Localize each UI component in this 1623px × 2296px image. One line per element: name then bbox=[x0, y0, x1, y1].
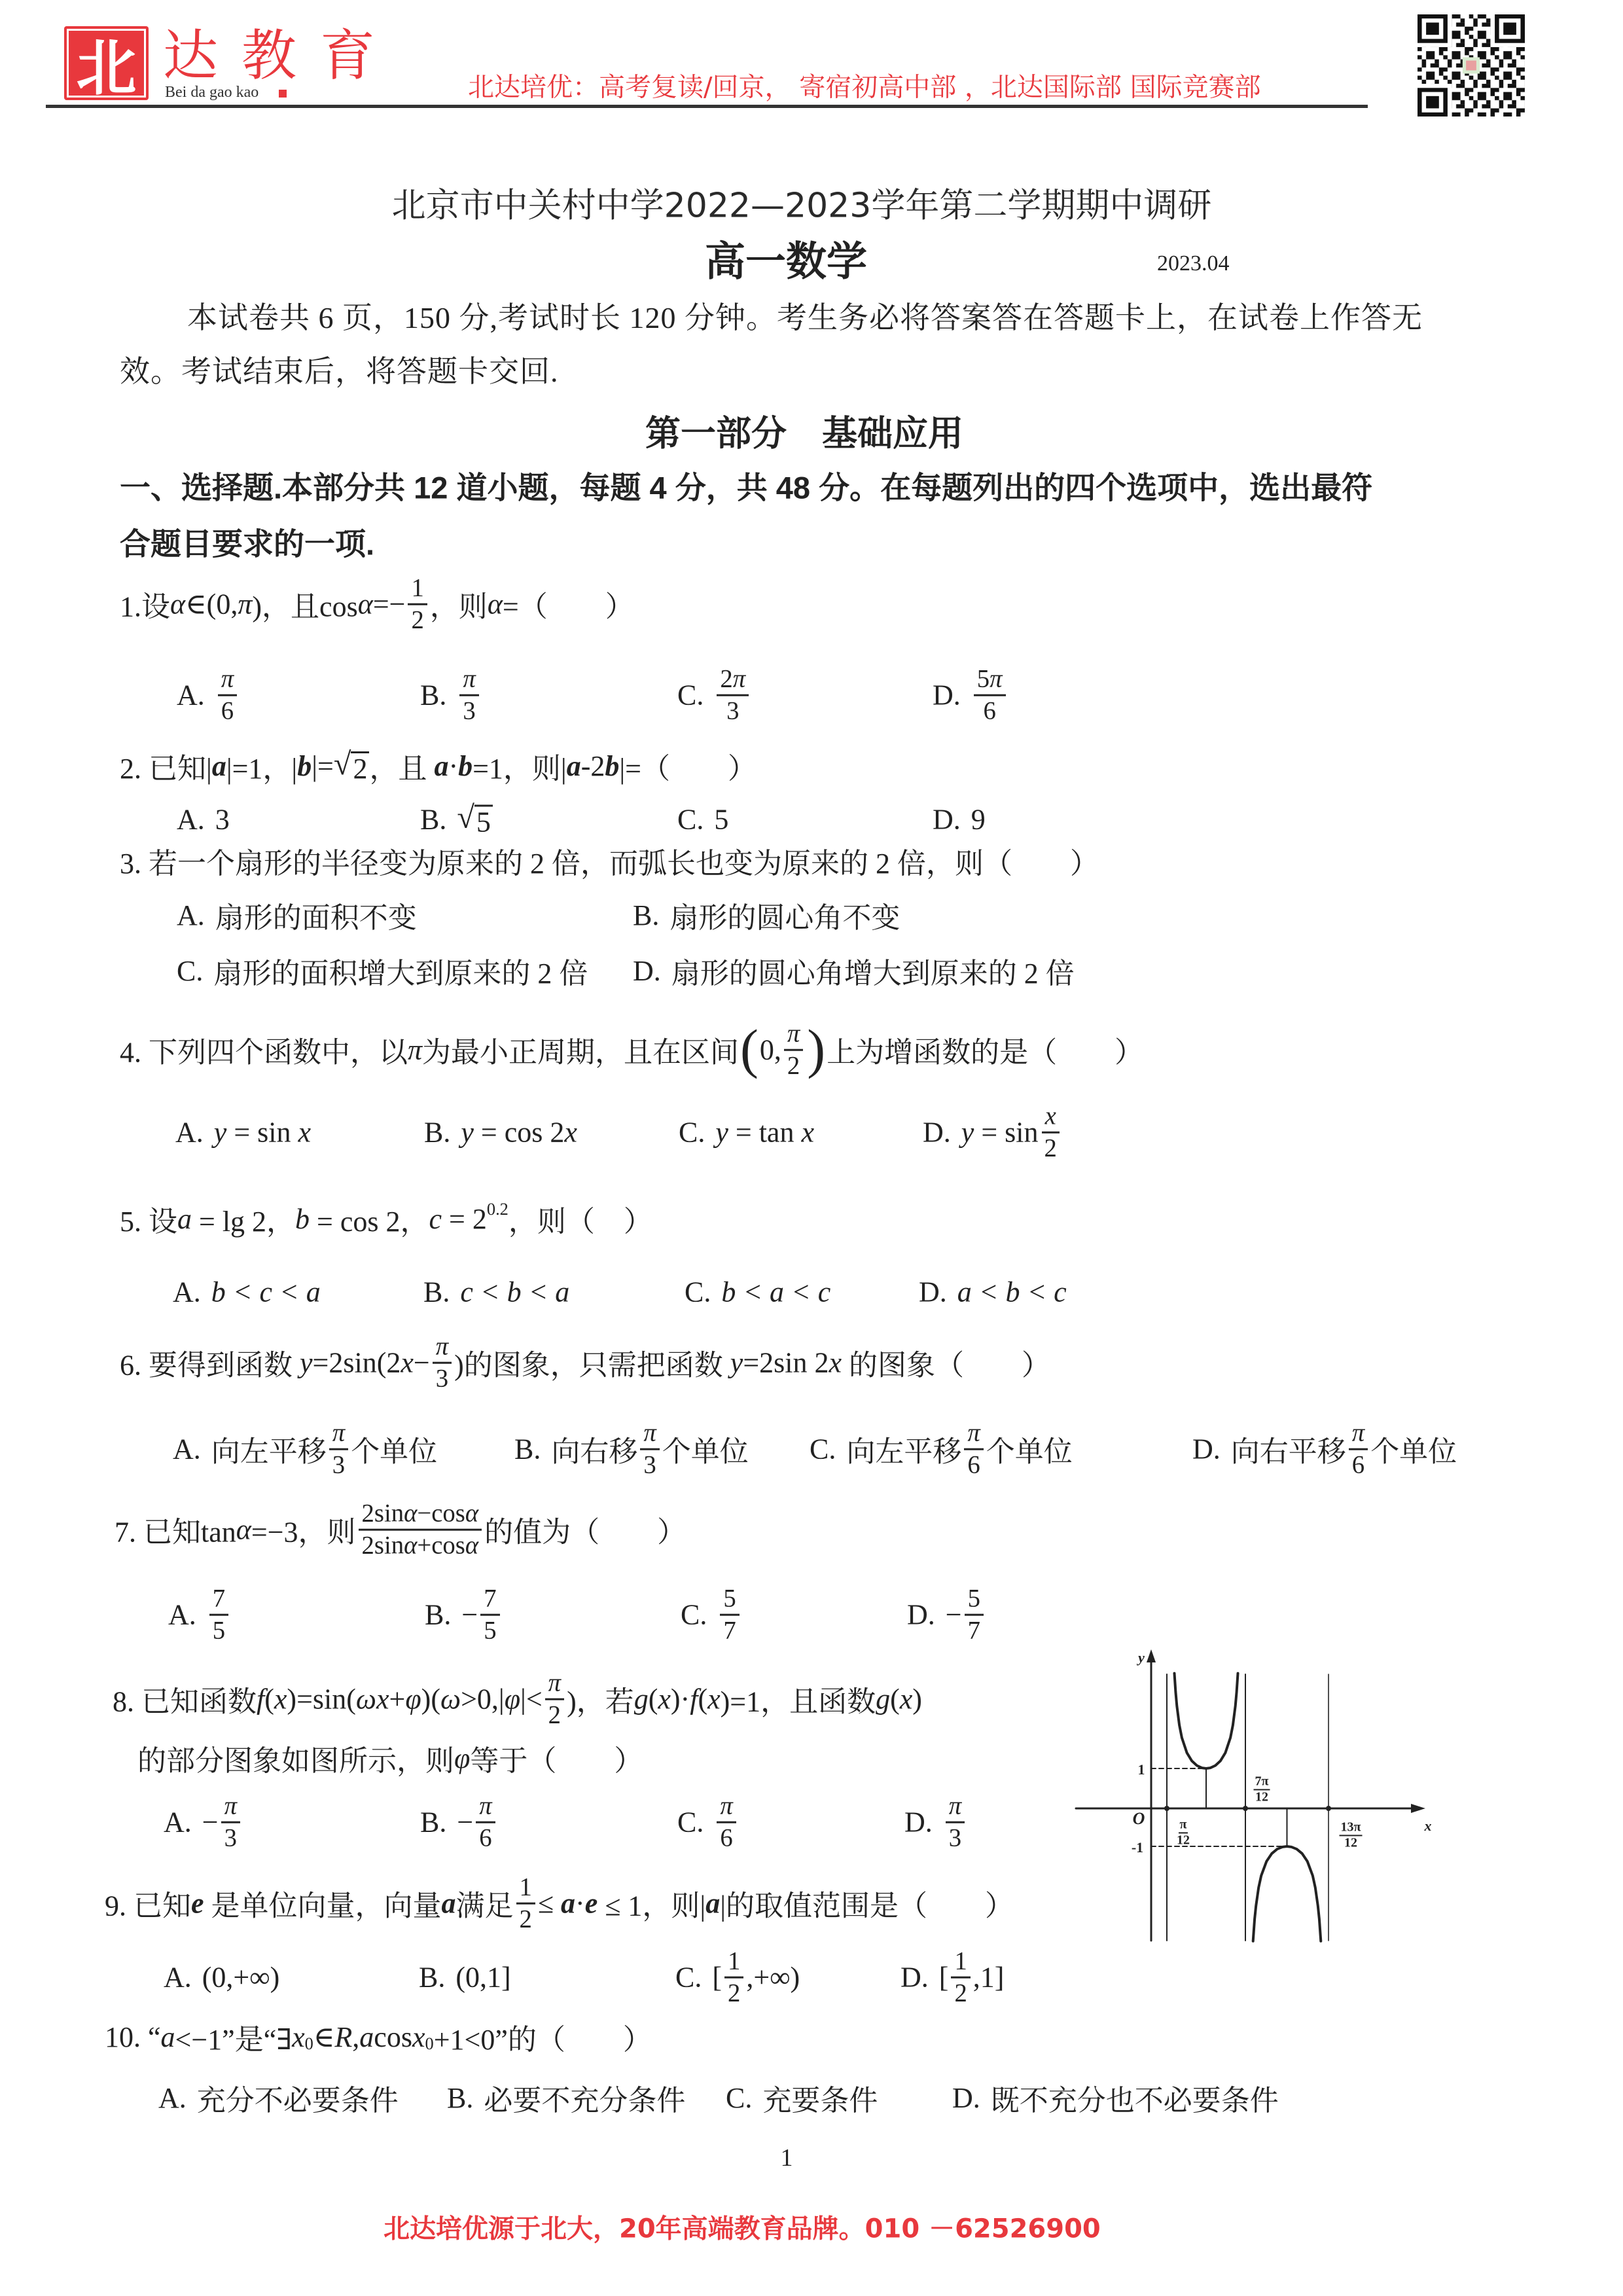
vector-symbol: b bbox=[297, 749, 312, 783]
fraction-denominator: 7 bbox=[720, 1616, 739, 1645]
option-content: 5 bbox=[714, 803, 728, 836]
fraction-denominator: 3 bbox=[221, 1823, 240, 1852]
option-label: C. bbox=[685, 1276, 711, 1309]
fraction-numerator: 5 bbox=[720, 1585, 739, 1616]
x-tick-pi-over-12: π12 bbox=[1173, 1815, 1194, 1847]
option-content: 向左平移π3个单位 bbox=[211, 1420, 437, 1479]
question-2-option-b: B.√5 bbox=[420, 802, 493, 837]
fraction: 12 bbox=[516, 1874, 535, 1933]
option-content: −75 bbox=[461, 1585, 502, 1645]
math-symbol: π bbox=[479, 1793, 491, 1820]
fraction: π3 bbox=[946, 1793, 965, 1852]
math-symbol: π bbox=[1352, 1420, 1364, 1447]
question-6-stem: 6. 要得到函数 y=2sin(2x−π3)的图象，只需把函数 y=2sin 2… bbox=[120, 1333, 1050, 1393]
option-label: D. bbox=[901, 1961, 929, 1994]
vector-symbol: a bbox=[567, 749, 581, 783]
math-symbol: π bbox=[949, 1793, 961, 1820]
y-tick-1: 1 bbox=[1138, 1761, 1145, 1778]
math-symbol: y bbox=[214, 1116, 227, 1149]
option-content: 扇形的圆心角增大到原来的 2 倍 bbox=[671, 950, 1075, 992]
fraction: 7π12 bbox=[1254, 1774, 1270, 1804]
math-symbol: ω bbox=[440, 1683, 461, 1716]
option-content: y = sinx2 bbox=[961, 1103, 1063, 1162]
radical-sign: √ bbox=[457, 802, 474, 837]
option-label: C. bbox=[677, 679, 704, 712]
option-content: y = sin x bbox=[214, 1116, 311, 1149]
math-symbol: x bbox=[658, 1683, 671, 1716]
math-symbol: φ bbox=[405, 1683, 421, 1716]
fraction-numerator: 5π bbox=[974, 666, 1006, 696]
option-content: (0,1] bbox=[455, 1961, 510, 1994]
fraction-numerator: 1 bbox=[951, 1948, 970, 1979]
question-6-option-a: A.向左平移π3个单位 bbox=[173, 1420, 437, 1479]
question-5-option-d: D.a < b < c bbox=[919, 1276, 1067, 1309]
fraction-denominator: 2 bbox=[724, 1979, 743, 2007]
option-label: C. bbox=[810, 1433, 836, 1466]
question-stem-text: 的部分图象如图所示，则φ等于（ ） bbox=[137, 1737, 643, 1779]
option-content: y = tan x bbox=[715, 1116, 814, 1149]
option-label: A. bbox=[158, 2081, 187, 2115]
question-10-stem: 10. “a<−1”是“∃x0∈R,acosx0+1<0”的（ ） bbox=[105, 2016, 652, 2058]
option-content: 扇形的面积不变 bbox=[215, 894, 417, 936]
question-4-option-a: A.y = sin x bbox=[175, 1116, 311, 1149]
option-label: A. bbox=[177, 679, 205, 712]
math-symbol: x bbox=[801, 1116, 814, 1149]
math-symbol: α bbox=[404, 1500, 417, 1528]
fraction-numerator: π bbox=[459, 666, 478, 696]
option-content: 2π3 bbox=[714, 666, 751, 725]
question-8-option-d: D.π3 bbox=[904, 1793, 967, 1852]
large-bracket: ( bbox=[740, 1022, 758, 1077]
math-symbol: f bbox=[257, 1683, 264, 1716]
subscript: 0 bbox=[425, 2034, 433, 2054]
fraction: π3 bbox=[459, 666, 478, 725]
option-content: 向右移π3个单位 bbox=[551, 1420, 748, 1479]
fraction-numerator: π bbox=[946, 1793, 965, 1823]
option-content: −π3 bbox=[202, 1793, 243, 1852]
option-label: D. bbox=[904, 1806, 933, 1839]
fraction-numerator: 7 bbox=[480, 1585, 499, 1616]
question-4-option-d: D.y = sinx2 bbox=[923, 1103, 1063, 1162]
question-4-option-c: C.y = tan x bbox=[679, 1116, 814, 1149]
fraction: 57 bbox=[720, 1585, 739, 1645]
option-content: 57 bbox=[717, 1585, 741, 1645]
option-content: √5 bbox=[457, 802, 493, 837]
option-label: D. bbox=[933, 679, 961, 712]
question-5-option-a: A.b < c < a bbox=[173, 1276, 321, 1309]
fraction-numerator: 2π bbox=[717, 666, 749, 696]
option-label: A. bbox=[164, 1806, 192, 1839]
math-symbol: π bbox=[332, 1420, 345, 1447]
vector-symbol: a bbox=[561, 1887, 575, 1920]
option-label: C. bbox=[726, 2081, 752, 2115]
question-stem-text: 1.设α∈(0,π)，且cosα=−12，则α=（ ） bbox=[120, 575, 634, 634]
question-10-option-d: D.既不充分也不必要条件 bbox=[952, 2077, 1279, 2119]
option-label: B. bbox=[423, 1276, 450, 1309]
x-tick-13pi-over-12: 13π12 bbox=[1337, 1818, 1365, 1850]
question-9-option-b: B.(0,1] bbox=[419, 1961, 511, 1994]
fraction: 75 bbox=[209, 1585, 228, 1645]
option-label: B. bbox=[420, 1806, 446, 1839]
math-symbol: π bbox=[224, 1793, 237, 1820]
math-symbol: α bbox=[404, 1532, 417, 1560]
option-label: D. bbox=[633, 954, 661, 988]
fraction-numerator: 1 bbox=[516, 1874, 535, 1905]
option-label: C. bbox=[679, 1116, 705, 1149]
math-symbol: x bbox=[401, 1346, 414, 1380]
fraction-numerator: π bbox=[433, 1333, 452, 1364]
question-10-option-a: A.充分不必要条件 bbox=[158, 2077, 399, 2119]
question-8-stem: 8. 已知函数f(x)=sin(ωx+φ)(ω>0,|φ|<π2)，若g(x)·… bbox=[113, 1670, 922, 1729]
option-label: A. bbox=[173, 1276, 201, 1309]
option-label: B. bbox=[420, 679, 446, 712]
math-symbol: π bbox=[990, 666, 1002, 693]
fraction-numerator: 7π bbox=[1254, 1774, 1270, 1790]
option-label: A. bbox=[168, 1598, 196, 1632]
question-1-stem: 1.设α∈(0,π)，且cosα=−12，则α=（ ） bbox=[120, 575, 634, 634]
fraction-denominator: 3 bbox=[329, 1450, 348, 1479]
math-symbol: x bbox=[274, 1683, 287, 1716]
vector-symbol: e bbox=[585, 1887, 598, 1920]
fraction-denominator: 3 bbox=[640, 1450, 659, 1479]
option-label: B. bbox=[514, 1433, 541, 1466]
fraction: π6 bbox=[964, 1420, 983, 1479]
fraction-numerator: π bbox=[964, 1420, 983, 1450]
question-1-option-d: D.5π6 bbox=[933, 666, 1008, 725]
math-symbol: x bbox=[564, 1116, 577, 1149]
logo-mark: 北 bbox=[64, 26, 149, 100]
math-symbol: x bbox=[900, 1683, 913, 1716]
question-9-stem: 9. 已知e 是单位向量，向量a满足12≤ a·e ≤ 1，则|a|的取值范围是… bbox=[105, 1874, 1014, 1933]
question-8-figure: y x O 1 -1 π12 7π12 13π12 bbox=[1073, 1636, 1466, 1977]
fraction: 12 bbox=[724, 1948, 743, 2007]
radical-sign: √ bbox=[334, 749, 351, 783]
question-1-option-c: C.2π3 bbox=[677, 666, 751, 725]
fraction-denominator: 2 bbox=[516, 1905, 535, 1933]
fraction-numerator: π bbox=[717, 1793, 736, 1823]
option-label: B. bbox=[425, 1598, 451, 1632]
math-symbol: π bbox=[463, 666, 475, 693]
option-label: C. bbox=[177, 954, 203, 988]
question-3-option-c: C.扇形的面积增大到原来的 2 倍 bbox=[177, 950, 588, 992]
math-symbol: π bbox=[733, 666, 745, 693]
question-stem-text: 4. 下列四个函数中，以π为最小正周期，且在区间(0,π2)上为增函数的是（ ） bbox=[120, 1020, 1143, 1080]
fraction-numerator: π bbox=[476, 1793, 495, 1823]
x-tick-7pi-over-12: 7π12 bbox=[1251, 1772, 1273, 1804]
option-label: C. bbox=[677, 1806, 704, 1839]
option-label: D. bbox=[933, 803, 961, 836]
question-3-option-b: B.扇形的圆心角不变 bbox=[633, 894, 900, 936]
option-content: c < b < a bbox=[460, 1276, 569, 1309]
fraction: 57 bbox=[965, 1585, 984, 1645]
math-symbol: x bbox=[298, 1116, 311, 1149]
option-label: A. bbox=[177, 803, 205, 836]
question-7-option-d: D.−57 bbox=[907, 1585, 986, 1645]
exam-subject: 高一数学 bbox=[705, 229, 867, 287]
question-stem-text: 7. 已知tanα=−3，则2sinα−cosα2sinα+cosα的值为（ ） bbox=[115, 1500, 686, 1560]
section-intro-line-2: 合题目要求的一项. bbox=[120, 520, 374, 564]
question-1-option-a: A.π6 bbox=[177, 666, 240, 725]
fraction: π12 bbox=[1175, 1818, 1191, 1847]
math-symbol: a bbox=[161, 2020, 175, 2054]
option-content: π3 bbox=[943, 1793, 967, 1852]
math-symbol: x bbox=[412, 2020, 425, 2054]
radicand: 5 bbox=[474, 805, 493, 837]
fraction: 75 bbox=[480, 1585, 499, 1645]
fraction-numerator: 7 bbox=[209, 1585, 228, 1616]
question-8-option-a: A.−π3 bbox=[164, 1793, 243, 1852]
footer-slogan: 北达培优源于北大，20年高端教育品牌。010 －62526900 bbox=[383, 2208, 1101, 2246]
math-symbol: y bbox=[461, 1116, 474, 1149]
math-symbol: α bbox=[358, 588, 373, 621]
option-label: B. bbox=[419, 1961, 445, 1994]
vector-symbol: e bbox=[191, 1887, 204, 1920]
question-1-option-b: B.π3 bbox=[420, 666, 482, 725]
question-7-option-a: A.75 bbox=[168, 1585, 231, 1645]
fraction-denominator: 2 bbox=[951, 1979, 970, 2007]
option-label: B. bbox=[420, 803, 446, 836]
math-symbol: π bbox=[787, 1020, 800, 1048]
fraction-denominator: 6 bbox=[476, 1823, 495, 1852]
fraction-denominator: 2 bbox=[408, 605, 427, 634]
fraction-numerator: 1 bbox=[724, 1948, 743, 1979]
vector-symbol: a bbox=[442, 1887, 456, 1920]
question-7-option-b: B.−75 bbox=[425, 1585, 503, 1645]
question-8-stem-line-2: 的部分图象如图所示，则φ等于（ ） bbox=[137, 1737, 643, 1779]
math-symbol: y bbox=[715, 1116, 728, 1149]
option-label: D. bbox=[907, 1598, 935, 1632]
question-10-option-b: B.必要不充分条件 bbox=[447, 2077, 685, 2119]
math-symbol: π bbox=[720, 1793, 732, 1820]
fraction: x2 bbox=[1041, 1103, 1060, 1162]
fraction-numerator: π bbox=[1349, 1420, 1368, 1450]
fraction: π3 bbox=[329, 1420, 348, 1479]
fraction: π6 bbox=[476, 1793, 495, 1852]
fraction-denominator: 3 bbox=[946, 1823, 965, 1852]
fraction-denominator: 6 bbox=[964, 1450, 983, 1479]
instructions-line-1: 本试卷共 6 页，150 分,考试时长 120 分钟。考生务必将答案答在答题卡上… bbox=[187, 294, 1423, 337]
fraction-denominator: 2sinα+cosα bbox=[359, 1531, 482, 1560]
vector-symbol: b bbox=[458, 749, 473, 783]
math-symbol: a < b < c bbox=[957, 1276, 1067, 1309]
logo-square-icon bbox=[279, 90, 287, 98]
math-symbol: α bbox=[236, 1513, 251, 1547]
fraction-numerator: π bbox=[545, 1670, 564, 1700]
math-symbol: π bbox=[548, 1670, 561, 1697]
option-content: π6 bbox=[714, 1793, 738, 1852]
math-symbol: y bbox=[961, 1116, 974, 1149]
fraction-numerator: π bbox=[784, 1020, 803, 1051]
option-label: D. bbox=[952, 2081, 980, 2115]
question-stem-text: 6. 要得到函数 y=2sin(2x−π3)的图象，只需把函数 y=2sin 2… bbox=[120, 1333, 1050, 1393]
fraction-numerator: 2sinα−cosα bbox=[359, 1500, 482, 1531]
fraction-denominator: 5 bbox=[209, 1616, 228, 1645]
option-label: A. bbox=[173, 1433, 201, 1466]
option-label: D. bbox=[1192, 1433, 1221, 1466]
fraction-denominator: 2 bbox=[784, 1051, 803, 1080]
math-symbol: f bbox=[690, 1683, 698, 1716]
fraction-denominator: 12 bbox=[1175, 1833, 1191, 1848]
vector-symbol: a bbox=[705, 1887, 720, 1920]
math-symbol: π bbox=[643, 1420, 656, 1447]
option-content: π6 bbox=[215, 666, 240, 725]
math-symbol: π bbox=[408, 1033, 422, 1067]
math-symbol: π bbox=[436, 1333, 448, 1361]
fraction: 12 bbox=[951, 1948, 970, 2007]
math-symbol: b < c < a bbox=[211, 1276, 321, 1309]
tick-label: π12 bbox=[1173, 1818, 1194, 1847]
math-symbol: c bbox=[429, 1202, 442, 1236]
option-content: 必要不充分条件 bbox=[484, 2077, 685, 2119]
math-symbol: φ bbox=[454, 1742, 470, 1775]
option-label: C. bbox=[681, 1598, 707, 1632]
fraction: π3 bbox=[433, 1333, 452, 1393]
question-2-option-c: C.5 bbox=[677, 803, 728, 836]
fraction-numerator: 1 bbox=[408, 575, 427, 605]
option-content: 扇形的圆心角不变 bbox=[669, 894, 900, 936]
math-symbol: π bbox=[238, 588, 252, 621]
question-8-option-c: C.π6 bbox=[677, 1793, 739, 1852]
question-2-stem: 2. 已知|a|=1，|b|=√2，且 a·b=1，则|a-2b|=（ ） bbox=[120, 745, 757, 787]
math-symbol: a bbox=[359, 2020, 374, 2054]
option-label: A. bbox=[164, 1961, 192, 1994]
option-content: 既不充分也不必要条件 bbox=[991, 2077, 1279, 2119]
question-4-option-b: B.y = cos 2x bbox=[424, 1116, 577, 1149]
option-content: b < a < c bbox=[721, 1276, 830, 1309]
exam-title: 北京市中关村中学2022—2023学年第二学期期中调研 bbox=[392, 178, 1212, 227]
vector-symbol: a bbox=[434, 749, 448, 783]
math-symbol: y bbox=[300, 1346, 313, 1380]
math-symbol: y bbox=[730, 1346, 743, 1380]
page-number: 1 bbox=[781, 2144, 793, 2172]
question-2-option-a: A.3 bbox=[177, 803, 230, 836]
question-7-stem: 7. 已知tanα=−3，则2sinα−cosα2sinα+cosα的值为（ ） bbox=[115, 1500, 686, 1560]
y-tick-minus-1: -1 bbox=[1132, 1839, 1143, 1856]
question-6-option-d: D.向右平移π6个单位 bbox=[1192, 1420, 1457, 1479]
fraction-denominator: 6 bbox=[1349, 1450, 1368, 1479]
math-symbol: α bbox=[170, 588, 185, 621]
tick-label: 7π12 bbox=[1251, 1774, 1273, 1804]
instructions-line-2: 效。考试结束后，将答题卡交回. bbox=[120, 348, 559, 391]
math-symbol: g bbox=[876, 1683, 890, 1716]
fraction-numerator: π bbox=[1179, 1818, 1188, 1833]
question-9-option-c: C.[12,+∞) bbox=[675, 1948, 800, 2007]
large-bracket: ) bbox=[807, 1022, 825, 1077]
math-symbol: x bbox=[829, 1346, 842, 1380]
question-stem-text: 10. “a<−1”是“∃x0∈R,acosx0+1<0”的（ ） bbox=[105, 2016, 652, 2058]
option-content: (0,+∞) bbox=[202, 1961, 280, 1994]
math-symbol: R bbox=[334, 2020, 352, 2054]
question-stem-text: 8. 已知函数f(x)=sin(ωx+φ)(ω>0,|φ|<π2)，若g(x)·… bbox=[113, 1670, 922, 1729]
qr-code-icon bbox=[1418, 14, 1525, 117]
math-symbol: φ bbox=[505, 1683, 520, 1716]
fraction-denominator: 5 bbox=[480, 1616, 499, 1645]
question-6-option-c: C.向左平移π6个单位 bbox=[810, 1420, 1073, 1479]
question-10-option-c: C.充要条件 bbox=[726, 2077, 878, 2119]
fraction-denominator: 3 bbox=[723, 696, 742, 725]
tick-label: 13π12 bbox=[1337, 1820, 1365, 1850]
question-stem-text: 3. 若一个扇形的半径变为原来的 2 倍，而弧长也变为原来的 2 倍，则（ ） bbox=[120, 840, 1099, 882]
vector-symbol: a bbox=[212, 749, 226, 783]
question-2-option-d: D.9 bbox=[933, 803, 986, 836]
fraction-denominator: 12 bbox=[1254, 1790, 1270, 1804]
fraction-numerator: 13π bbox=[1340, 1820, 1363, 1836]
fraction: π6 bbox=[1349, 1420, 1368, 1479]
fraction-numerator: π bbox=[221, 1793, 240, 1823]
option-content: −57 bbox=[946, 1585, 986, 1645]
fraction: π6 bbox=[717, 1793, 736, 1852]
math-symbol: ωx bbox=[356, 1683, 389, 1716]
question-4-stem: 4. 下列四个函数中，以π为最小正周期，且在区间(0,π2)上为增函数的是（ ） bbox=[120, 1020, 1143, 1080]
question-9-option-a: A.(0,+∞) bbox=[164, 1961, 279, 1994]
fraction: π2 bbox=[784, 1020, 803, 1080]
option-label: D. bbox=[923, 1116, 951, 1149]
math-symbol: α bbox=[488, 588, 503, 621]
math-symbol: x bbox=[707, 1683, 721, 1716]
option-content: 5π6 bbox=[971, 666, 1008, 725]
option-label: D. bbox=[919, 1276, 947, 1309]
fraction-denominator: 2 bbox=[1041, 1134, 1060, 1162]
option-content: 向左平移π6个单位 bbox=[846, 1420, 1072, 1479]
fraction: 12 bbox=[408, 575, 427, 634]
square-root: √2 bbox=[334, 749, 370, 783]
question-3-option-a: A.扇形的面积不变 bbox=[177, 894, 417, 936]
option-content: 9 bbox=[971, 803, 986, 836]
header-divider bbox=[46, 105, 1368, 108]
question-7-option-c: C.57 bbox=[681, 1585, 742, 1645]
option-content: 向右平移π6个单位 bbox=[1231, 1420, 1457, 1479]
math-symbol: α bbox=[465, 1532, 478, 1560]
option-content: 75 bbox=[207, 1585, 231, 1645]
option-label: B. bbox=[447, 2081, 473, 2115]
subscript: 0 bbox=[305, 2034, 313, 2054]
exam-date: 2023.04 bbox=[1157, 251, 1230, 276]
question-stem-text: 5. 设a = lg 2，b = cos 2，c = 20.2，则（ ） bbox=[120, 1198, 652, 1240]
logo-pinyin: Bei da gao kao bbox=[165, 84, 259, 101]
option-label: A. bbox=[177, 899, 205, 932]
question-3-stem: 3. 若一个扇形的半径变为原来的 2 倍，而弧长也变为原来的 2 倍，则（ ） bbox=[120, 840, 1099, 882]
fraction-denominator: 6 bbox=[717, 1823, 736, 1852]
fraction-denominator: 7 bbox=[965, 1616, 984, 1645]
math-symbol: c < b < a bbox=[460, 1276, 569, 1309]
question-stem-text: 2. 已知|a|=1，|b|=√2，且 a·b=1，则|a-2b|=（ ） bbox=[120, 745, 757, 787]
question-5-stem: 5. 设a = lg 2，b = cos 2，c = 20.2，则（ ） bbox=[120, 1198, 652, 1240]
option-content: π3 bbox=[457, 666, 481, 725]
part-title: 第一部分 基础应用 bbox=[645, 406, 963, 456]
option-content: b < c < a bbox=[211, 1276, 321, 1309]
fraction-denominator: 6 bbox=[218, 696, 237, 725]
fraction: 2sinα−cosα2sinα+cosα bbox=[359, 1500, 482, 1560]
option-content: [12,1] bbox=[939, 1948, 1005, 2007]
option-content: y = cos 2x bbox=[461, 1116, 577, 1149]
question-5-option-b: B.c < b < a bbox=[423, 1276, 569, 1309]
question-9-option-d: D.[12,1] bbox=[901, 1948, 1004, 2007]
math-symbol: a bbox=[177, 1202, 192, 1236]
fraction-denominator: 6 bbox=[980, 696, 999, 725]
fraction-numerator: π bbox=[218, 666, 237, 696]
option-content: 充分不必要条件 bbox=[197, 2077, 399, 2119]
option-label: A. bbox=[175, 1116, 204, 1149]
fraction-denominator: 2 bbox=[545, 1700, 564, 1729]
radicand: 2 bbox=[351, 751, 369, 783]
fraction-numerator: 5 bbox=[965, 1585, 984, 1616]
math-symbol: g bbox=[634, 1683, 649, 1716]
y-axis-label: y bbox=[1138, 1649, 1145, 1666]
question-stem-text: 9. 已知e 是单位向量，向量a满足12≤ a·e ≤ 1，则|a|的取值范围是… bbox=[105, 1874, 1014, 1933]
fraction-denominator: 3 bbox=[459, 696, 478, 725]
question-8-option-b: B.−π6 bbox=[420, 1793, 498, 1852]
header-slogan: 北达培优：高考复读/回京， 寄宿初高中部 ，北达国际部 国际竞赛部 bbox=[468, 67, 1261, 104]
